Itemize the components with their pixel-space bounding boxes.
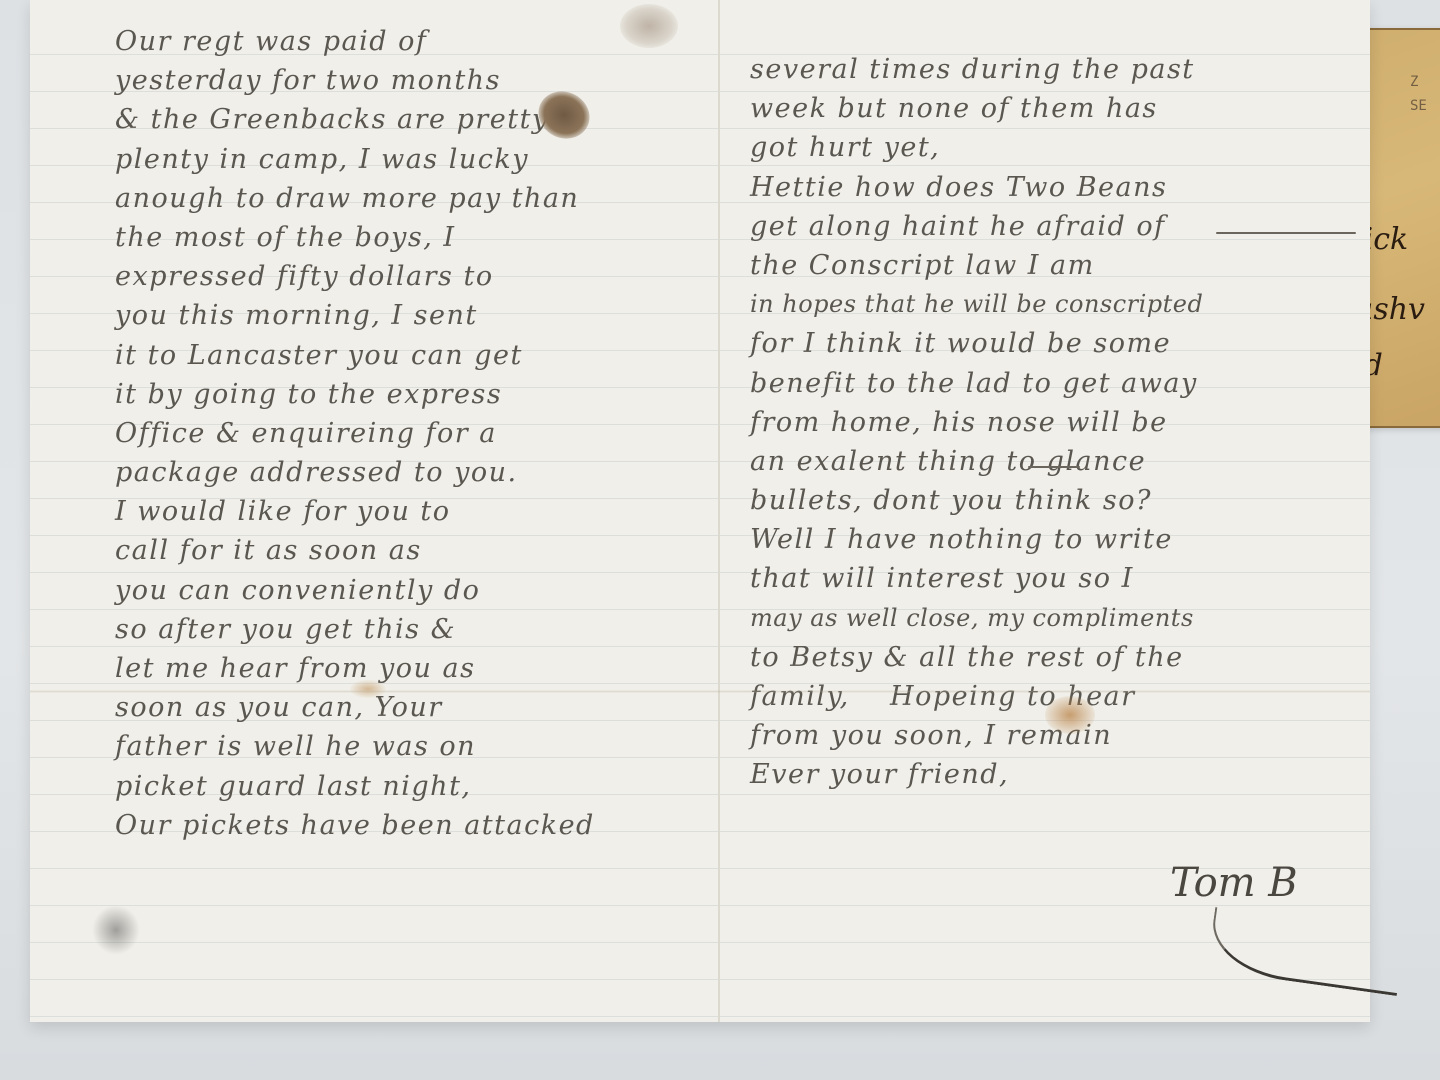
text-line: package addressed to you. [115, 453, 718, 492]
postmark: Z SE [1410, 70, 1427, 118]
text-line: get along haint he afraid of [750, 207, 1370, 246]
text-line: soon as you can, Your [115, 688, 718, 727]
letter-page-left: Our regt was paid of yesterday for two m… [30, 0, 720, 1022]
rust-stain [1045, 696, 1095, 734]
text-line: I would like for you to [115, 492, 718, 531]
text-line: call for it as soon as [115, 531, 718, 570]
text-line: plenty in camp, I was lucky [115, 140, 718, 179]
underline-nose [1028, 466, 1080, 468]
signature-flourish [1207, 907, 1406, 996]
text-line: Ever your friend, [750, 755, 1370, 794]
handwritten-lines-left: Our regt was paid of yesterday for two m… [30, 22, 718, 845]
handwritten-lines-right: several times during the past week but n… [720, 50, 1370, 795]
text-line: Our pickets have been attacked [115, 806, 718, 845]
text-line: week but none of them has [750, 89, 1370, 128]
text-line: father is well he was on [115, 727, 718, 766]
text-line: an exalent thing to glance [750, 442, 1370, 481]
text-line: yesterday for two months [115, 61, 718, 100]
text-line: Hettie how does Two Beans [750, 168, 1370, 207]
rust-stain [350, 680, 386, 698]
text-line: in hopes that he will be conscripted [750, 285, 1370, 324]
postmark-line: SE [1410, 94, 1427, 118]
text-line: the Conscript law I am [750, 246, 1370, 285]
text-line: for I think it would be some [750, 324, 1370, 363]
text-line: anough to draw more pay than [115, 179, 718, 218]
text-line: Well I have nothing to write [750, 520, 1370, 559]
letter-page-right: several times during the past week but n… [720, 0, 1370, 1022]
signature: Tom B [1170, 860, 1298, 906]
text-line: bullets, dont you think so? [750, 481, 1370, 520]
text-line: it by going to the express [115, 375, 718, 414]
text-line: got hurt yet, [750, 128, 1370, 167]
text-line: benefit to the lad to get away [750, 364, 1370, 403]
text-line: & the Greenbacks are pretty [115, 100, 718, 139]
text-line: so after you get this & [115, 610, 718, 649]
text-line: you this morning, I sent [115, 296, 718, 335]
ink-smudge [92, 905, 140, 955]
text-line: several times during the past [750, 50, 1370, 89]
text-line: it to Lancaster you can get [115, 336, 718, 375]
text-line: expressed fifty dollars to [115, 257, 718, 296]
text-line: let me hear from you as [115, 649, 718, 688]
paper-fold-crease [30, 690, 1370, 693]
water-stain [620, 4, 678, 48]
text-line: that will interest you so I [750, 559, 1370, 598]
letter-sheet: Our regt was paid of yesterday for two m… [30, 0, 1370, 1022]
text-line: the most of the boys, I [115, 218, 718, 257]
text-line: to Betsy & all the rest of the [750, 638, 1370, 677]
underline-two-beans [1216, 232, 1356, 234]
text-line: you can conveniently do [115, 571, 718, 610]
text-line: from home, his nose will be [750, 403, 1370, 442]
text-line: may as well close, my compliments [750, 599, 1370, 638]
text-line: picket guard last night, [115, 767, 718, 806]
text-line: Office & enquireing for a [115, 414, 718, 453]
postmark-line: Z [1410, 70, 1427, 94]
